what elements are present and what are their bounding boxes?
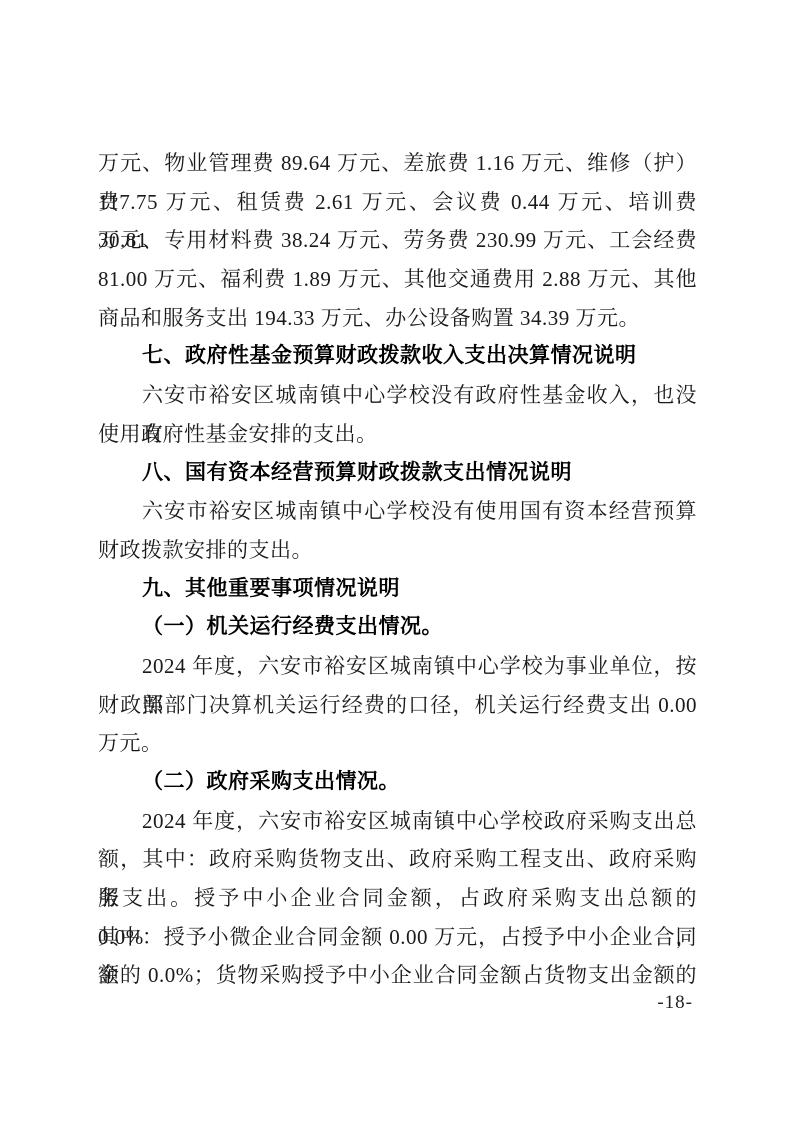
- text-line: 万元、物业管理费 89.64 万元、差旅费 1.16 万元、维修（护）费: [98, 144, 697, 183]
- section-heading: （一）机关运行经费支出情况。: [98, 608, 697, 647]
- text-line: 117.75 万元、租赁费 2.61 万元、会议费 0.44 万元、培训费 30…: [98, 183, 697, 222]
- text-line: 2024 年度，六安市裕安区城南镇中心学校为事业单位，按照: [98, 647, 697, 686]
- text-line: 万元。: [98, 724, 697, 763]
- text-line: 财政拨款安排的支出。: [98, 531, 697, 570]
- text-line: 2024 年度，六安市裕安区城南镇中心学校政府采购支出总: [98, 802, 697, 841]
- text-line: 其中：授予小微企业合同金额 0.00 万元，占授予中小企业合同金: [98, 918, 697, 957]
- section-heading: （二）政府采购支出情况。: [98, 763, 697, 802]
- document-body: 万元、物业管理费 89.64 万元、差旅费 1.16 万元、维修（护）费117.…: [98, 144, 697, 995]
- page-number: -18-: [98, 992, 693, 1014]
- text-line: 六安市裕安区城南镇中心学校没有政府性基金收入，也没有: [98, 376, 697, 415]
- text-line: 财政部部门决算机关运行经费的口径，机关运行经费支出 0.00: [98, 686, 697, 725]
- text-line: 六安市裕安区城南镇中心学校没有使用国有资本经营预算: [98, 492, 697, 531]
- text-line: 万元、专用材料费 38.24 万元、劳务费 230.99 万元、工会经费: [98, 221, 697, 260]
- section-heading: 七、政府性基金预算财政拨款收入支出决算情况说明: [98, 337, 697, 376]
- text-line: 额，其中：政府采购货物支出、政府采购工程支出、政府采购服: [98, 840, 697, 879]
- text-line: 额的 0.0%；货物采购授予中小企业合同金额占货物支出金额的: [98, 956, 697, 995]
- text-line: 务支出。授予中小企业合同金额，占政府采购支出总额的 0.0%，: [98, 879, 697, 918]
- section-heading: 九、其他重要事项情况说明: [98, 570, 697, 609]
- text-line: 使用政府性基金安排的支出。: [98, 415, 697, 454]
- text-line: 商品和服务支出 194.33 万元、办公设备购置 34.39 万元。: [98, 299, 697, 338]
- document-page: 万元、物业管理费 89.64 万元、差旅费 1.16 万元、维修（护）费117.…: [0, 0, 793, 1122]
- section-heading: 八、国有资本经营预算财政拨款支出情况说明: [98, 454, 697, 493]
- text-line: 81.00 万元、福利费 1.89 万元、其他交通费用 2.88 万元、其他: [98, 260, 697, 299]
